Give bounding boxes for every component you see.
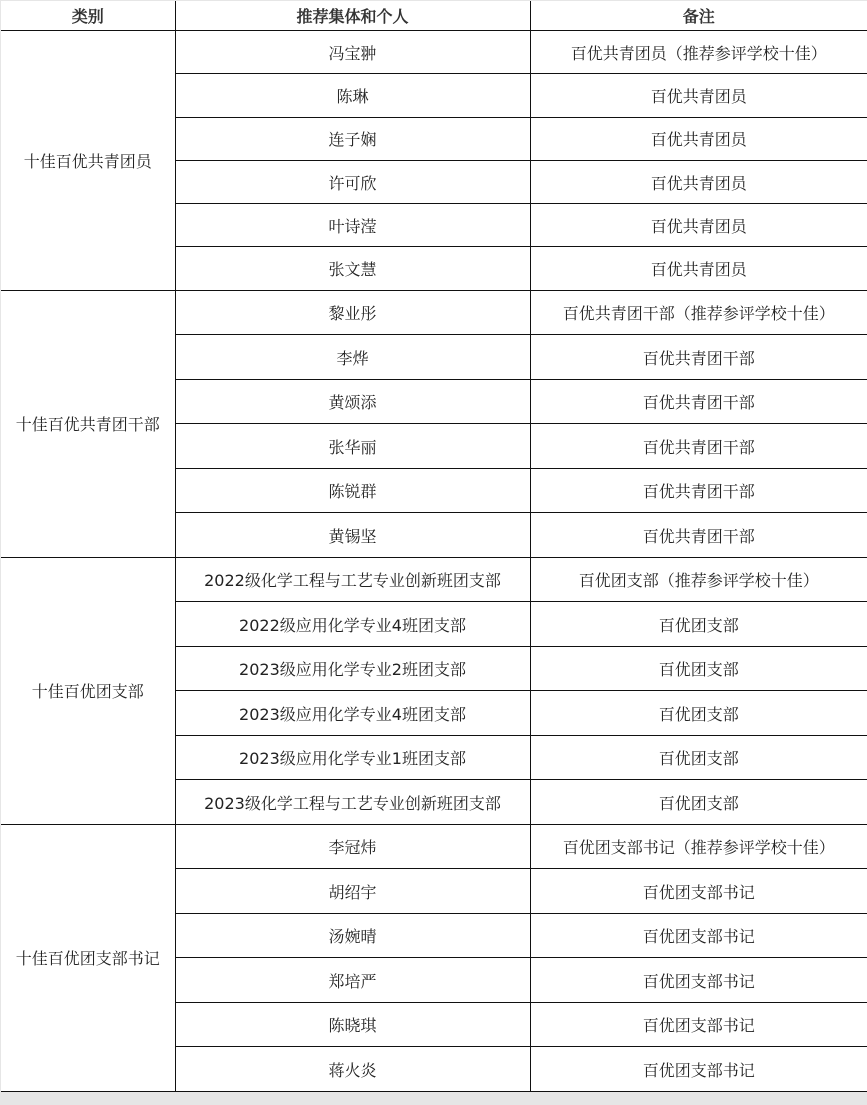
category-cell: 十佳百优共青团干部: [1, 290, 175, 557]
nominee-cell: 冯宝翀: [175, 31, 530, 74]
category-cell: 十佳百优共青团员: [1, 31, 175, 291]
nominee-cell: 张文慧: [175, 247, 530, 290]
nominee-cell: 叶诗滢: [175, 204, 530, 247]
note-cell: 百优团支部: [530, 602, 867, 647]
nominee-table: 类别 推荐集体和个人 备注 十佳百优共青团员冯宝翀百优共青团员（推荐参评学校十佳…: [1, 1, 867, 1092]
note-cell: 百优共青团员: [530, 74, 867, 117]
note-cell: 百优共青团员: [530, 160, 867, 203]
note-cell: 百优团支部: [530, 735, 867, 780]
nominee-cell: 陈晓琪: [175, 1002, 530, 1047]
note-cell: 百优团支部书记: [530, 913, 867, 958]
nominee-cell: 2023级化学工程与工艺专业创新班团支部: [175, 780, 530, 825]
table-row: 十佳百优共青团员冯宝翀百优共青团员（推荐参评学校十佳）: [1, 31, 867, 74]
table-body: 十佳百优共青团员冯宝翀百优共青团员（推荐参评学校十佳）陈琳百优共青团员连子娴百优…: [1, 31, 867, 1092]
table-row: 十佳百优团支部书记李冠炜百优团支部书记（推荐参评学校十佳）: [1, 824, 867, 869]
nominee-cell: 2022级化学工程与工艺专业创新班团支部: [175, 557, 530, 602]
note-cell: 百优共青团干部: [530, 379, 867, 424]
note-cell: 百优共青团干部: [530, 468, 867, 513]
note-cell: 百优团支部书记（推荐参评学校十佳）: [530, 824, 867, 869]
note-cell: 百优团支部书记: [530, 958, 867, 1003]
note-cell: 百优共青团干部: [530, 424, 867, 469]
note-cell: 百优共青团员: [530, 117, 867, 160]
nominee-cell: 2023级应用化学专业2班团支部: [175, 646, 530, 691]
note-cell: 百优团支部书记: [530, 1002, 867, 1047]
nominee-cell: 陈琳: [175, 74, 530, 117]
nominee-cell: 陈锐群: [175, 468, 530, 513]
nominee-cell: 黄锡坚: [175, 513, 530, 558]
nominee-cell: 李冠炜: [175, 824, 530, 869]
nominee-cell: 2022级应用化学专业4班团支部: [175, 602, 530, 647]
nominee-cell: 李烨: [175, 335, 530, 380]
header-nominee: 推荐集体和个人: [175, 1, 530, 31]
header-row: 类别 推荐集体和个人 备注: [1, 1, 867, 31]
category-cell: 十佳百优团支部书记: [1, 824, 175, 1091]
header-note: 备注: [530, 1, 867, 31]
note-cell: 百优团支部: [530, 780, 867, 825]
note-cell: 百优共青团员: [530, 204, 867, 247]
nominee-cell: 黄颂添: [175, 379, 530, 424]
note-cell: 百优团支部: [530, 691, 867, 736]
note-cell: 百优团支部书记: [530, 869, 867, 914]
note-cell: 百优团支部书记: [530, 1047, 867, 1092]
nominee-cell: 连子娴: [175, 117, 530, 160]
nominee-cell: 郑培严: [175, 958, 530, 1003]
nominee-cell: 2023级应用化学专业1班团支部: [175, 735, 530, 780]
category-cell: 十佳百优团支部: [1, 557, 175, 824]
nominee-cell: 2023级应用化学专业4班团支部: [175, 691, 530, 736]
header-category: 类别: [1, 1, 175, 31]
note-cell: 百优共青团干部（推荐参评学校十佳）: [530, 290, 867, 335]
nominee-cell: 许可欣: [175, 160, 530, 203]
note-cell: 百优共青团干部: [530, 513, 867, 558]
nominee-cell: 胡绍宇: [175, 869, 530, 914]
nominee-cell: 汤婉晴: [175, 913, 530, 958]
note-cell: 百优共青团员（推荐参评学校十佳）: [530, 31, 867, 74]
table-row: 十佳百优团支部2022级化学工程与工艺专业创新班团支部百优团支部（推荐参评学校十…: [1, 557, 867, 602]
nominee-cell: 蒋火炎: [175, 1047, 530, 1092]
table-row: 十佳百优共青团干部黎业彤百优共青团干部（推荐参评学校十佳）: [1, 290, 867, 335]
note-cell: 百优团支部（推荐参评学校十佳）: [530, 557, 867, 602]
nominee-table-container: 类别 推荐集体和个人 备注 十佳百优共青团员冯宝翀百优共青团员（推荐参评学校十佳…: [1, 1, 867, 1092]
note-cell: 百优团支部: [530, 646, 867, 691]
nominee-cell: 黎业彤: [175, 290, 530, 335]
note-cell: 百优共青团员: [530, 247, 867, 290]
nominee-cell: 张华丽: [175, 424, 530, 469]
note-cell: 百优共青团干部: [530, 335, 867, 380]
